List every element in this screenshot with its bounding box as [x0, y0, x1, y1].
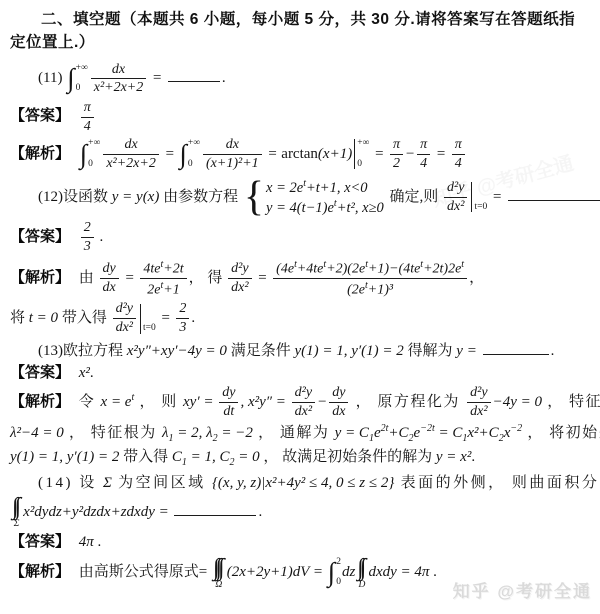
answer-12-formula: 23 . — [79, 229, 104, 245]
analysis-12-formula-2: 将 t = 0 带入得 d²ydx²t=0 = 23. — [10, 310, 195, 326]
question-11-stem: (11) ∫+∞0dxx²+2x+2 = . — [10, 62, 588, 96]
question-14-formula-1: (14) 设 Σ 为空间区域 {(x, y, z)|x²+4y² ≤ 4, 0 … — [38, 475, 599, 491]
analysis-label: 【解析】 — [10, 563, 70, 580]
answer-label: 【答案】 — [10, 364, 70, 381]
question-12-formula: (12)设函数 y = y(x) 由参数方程 {x = 2et+t+1, x<0… — [38, 189, 600, 205]
analysis-12-line-2: 将 t = 0 带入得 d²ydx²t=0 = 23. — [10, 301, 588, 335]
answer-13-formula: x². — [79, 365, 94, 381]
zhihu-watermark: 知乎 @考研全通 — [453, 577, 592, 602]
answer-11: 【答案】 π4 — [10, 100, 588, 134]
question-13-formula: (13)欧拉方程 x²y″+xy′−4y = 0 满足条件 y(1) = 1, … — [38, 343, 554, 359]
blank-underline — [508, 197, 600, 201]
answer-14-formula: 4π . — [79, 534, 102, 550]
blank-underline — [174, 512, 256, 516]
analysis-label: 【解析】 — [10, 393, 70, 410]
answer-label: 【答案】 — [10, 228, 70, 245]
question-14-formula-2: ∫∫Σx²dydz+y²dzdx+zdxdy = . — [10, 504, 262, 520]
answer-12: 【答案】 23 . — [10, 220, 588, 254]
analysis-11-formula: ∫+∞0dxx²+2x+2 = ∫+∞0dx(x+1)²+1 = arctan(… — [79, 146, 467, 162]
answer-label: 【答案】 — [10, 107, 70, 124]
answer-11-formula: π4 — [79, 108, 96, 124]
analysis-label: 【解析】 — [10, 145, 70, 162]
exam-solution-page: 二、填空题（本题共 6 小题，每小题 5 分，共 30 分.请将答案写在答题纸指… — [0, 0, 600, 590]
question-13-stem: (13)欧拉方程 x²y″+xy′−4y = 0 满足条件 y(1) = 1, … — [10, 342, 588, 361]
analysis-13-line-3: y(1) = 1, y′(1) = 2 带入得 C1 = 1, C2 = 0 ，… — [10, 448, 588, 470]
section-title: 二、填空题（本题共 6 小题，每小题 5 分，共 30 分.请将答案写在答题纸指… — [10, 8, 588, 55]
analysis-13-line-1: 【解析】 令 x = et ， 则 xy′ = dydt, x²y″ = d²y… — [10, 385, 588, 419]
analysis-13-formula-2: λ²−4 = 0 ， 特征根为 λ1 = 2, λ2 = −2 ， 通解为 y … — [10, 425, 600, 441]
analysis-12-line-1: 【解析】 由 dydx = 4tet+2t2et+1， 得 d²ydx² = (… — [10, 259, 588, 299]
question-14-stem-line-1: (14) 设 Σ 为空间区域 {(x, y, z)|x²+4y² ≤ 4, 0 … — [10, 474, 588, 493]
analysis-label: 【解析】 — [10, 269, 70, 286]
answer-13: 【答案】 x². — [10, 364, 588, 383]
answer-14: 【答案】 4π . — [10, 533, 588, 552]
analysis-13-line-2: λ²−4 = 0 ， 特征根为 λ1 = 2, λ2 = −2 ， 通解为 y … — [10, 423, 588, 446]
answer-label: 【答案】 — [10, 533, 70, 550]
question-14-stem-line-2: ∫∫Σx²dydz+y²dzdx+zdxdy = . — [10, 495, 588, 530]
blank-underline — [483, 351, 549, 355]
analysis-12-formula-1: 由 dydx = 4tet+2t2et+1， 得 d²ydx² = (4et+4… — [79, 270, 484, 286]
question-11-formula: (11) ∫+∞0dxx²+2x+2 = . — [38, 70, 226, 86]
analysis-14-formula: 由高斯公式得原式= ∫∫∫Ω(2x+2y+1)dV = ∫20dz∫∫Ddxdy… — [79, 564, 437, 580]
analysis-13-formula-1: 令 x = et ， 则 xy′ = dydt, x²y″ = d²ydx²−d… — [79, 394, 600, 410]
analysis-13-formula-3: y(1) = 1, y′(1) = 2 带入得 C1 = 1, C2 = 0 ，… — [10, 449, 475, 465]
blank-underline — [168, 78, 220, 82]
